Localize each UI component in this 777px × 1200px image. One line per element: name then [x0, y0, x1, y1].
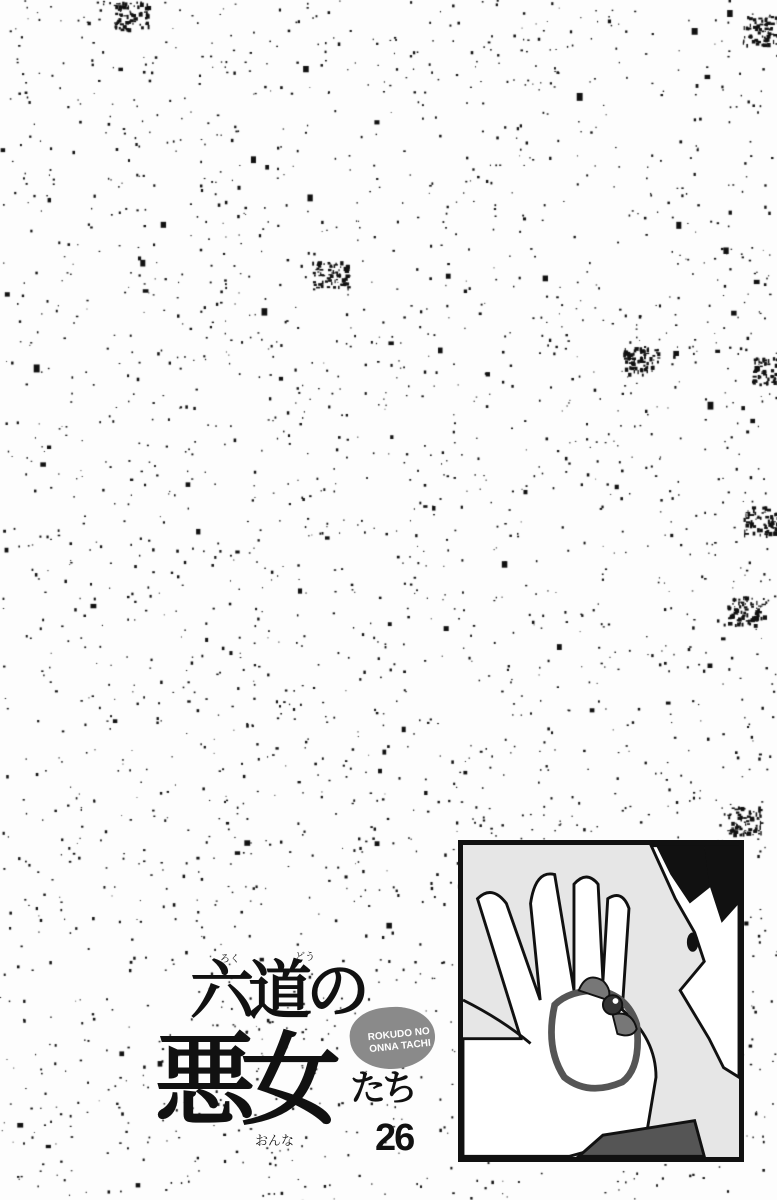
hand-holding-hair-tie-illustration	[463, 845, 739, 1157]
title-line2: 悪女	[155, 1030, 327, 1130]
title-suffix: たち	[350, 1070, 414, 1106]
furigana-onna: おんな	[255, 1130, 294, 1149]
title-logo: ろく どう 六道の ROKUDO NO ONNA TACHI 悪女 たち おんな…	[150, 945, 450, 1165]
volume-number: 26	[375, 1117, 413, 1160]
illustration-panel	[458, 840, 744, 1162]
title-line1: 六道の	[190, 960, 364, 1024]
